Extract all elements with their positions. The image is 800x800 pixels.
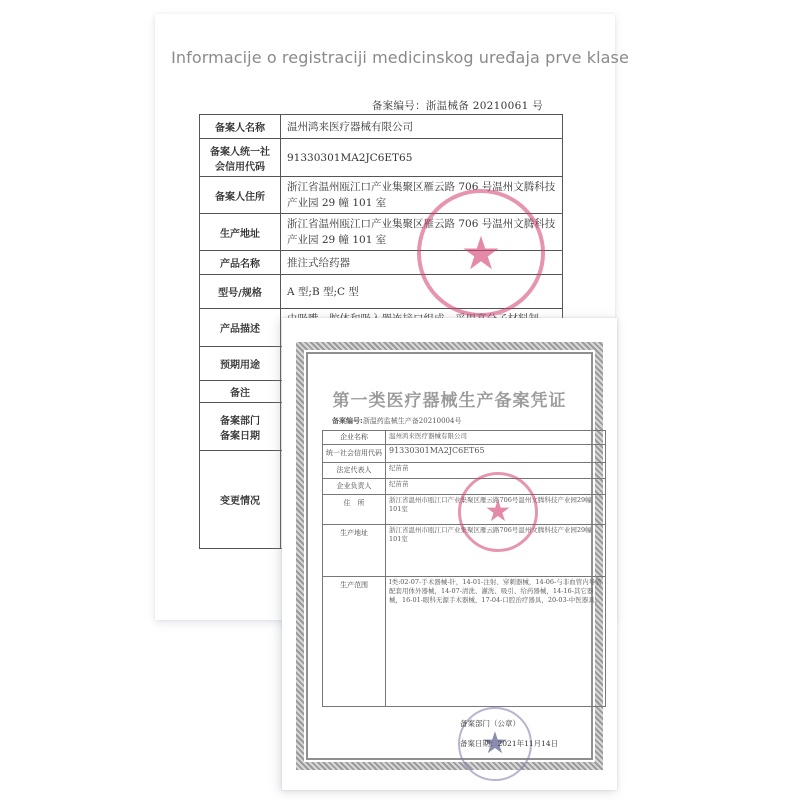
table-row: 备案人统一社会信用代码 91330301MA2JC6ET65 xyxy=(200,139,563,177)
table-row: 生产范围 Ⅰ类:02-07-手术器械-针，14-01-注射、穿刺器械，14-06… xyxy=(323,577,606,707)
page-caption: Informacije o registraciji medicinskog u… xyxy=(0,48,800,67)
row-label: 备案人住所 xyxy=(200,177,281,214)
table-row: 统一社会信用代码 91330301MA2JC6ET65 xyxy=(323,445,606,463)
row-label: 备案人统一社会信用代码 xyxy=(200,139,281,177)
table-row: 住 所 浙江省温州市瓯江口产业集聚区雁云路706号温州文腾科技产业园29幢101… xyxy=(323,495,606,525)
table-row: 生产地址 浙江省温州瓯江口产业集聚区雁云路 706 号温州文腾科技产业园 29 … xyxy=(200,214,563,251)
record-number: 备案编号：浙温械备 20210061 号 xyxy=(372,98,543,113)
row-value: 浙江省温州市瓯江口产业集聚区雁云路706号温州文腾科技产业园29幢101室 xyxy=(386,525,606,577)
table-row: 型号/规格 A 型;B 型;C 型 xyxy=(200,275,563,309)
certificate-page: 第一类医疗器械生产备案凭证 备案编号:浙温药监械生产备20210004号 企业名… xyxy=(282,318,617,790)
row-label: 生产范围 xyxy=(323,577,386,707)
row-label: 住 所 xyxy=(323,495,386,525)
certificate-date: 备案日期：2021年11月14日 xyxy=(460,738,558,749)
row-value: 纪苗苗 xyxy=(386,463,606,479)
row-value: 温州鸿来医疗器械有限公司 xyxy=(281,115,563,139)
certificate-inner-border: 第一类医疗器械生产备案凭证 备案编号:浙温药监械生产备20210004号 企业名… xyxy=(306,352,593,760)
certificate-department: 备案部门（公章） xyxy=(460,718,520,729)
certificate-table: 企业名称 温州鸿来医疗器械有限公司 统一社会信用代码 91330301MA2JC… xyxy=(322,430,606,707)
row-value: 纪苗苗 xyxy=(386,479,606,495)
row-label: 产品描述 xyxy=(200,309,281,347)
row-label: 备注 xyxy=(200,381,281,403)
row-label: 法定代表人 xyxy=(323,463,386,479)
row-value: 91330301MA2JC6ET65 xyxy=(281,139,563,177)
table-row: 生产地址 浙江省温州市瓯江口产业集聚区雁云路706号温州文腾科技产业园29幢10… xyxy=(323,525,606,577)
row-label: 统一社会信用代码 xyxy=(323,445,386,463)
row-label: 预期用途 xyxy=(200,347,281,381)
row-value: Ⅰ类:02-07-手术器械-针，14-01-注射、穿刺器械，14-06-与非血管… xyxy=(386,577,606,707)
table-row: 法定代表人 纪苗苗 xyxy=(323,463,606,479)
row-label: 生产地址 xyxy=(323,525,386,577)
row-label: 备案人名称 xyxy=(200,115,281,139)
table-row: 产品名称 推注式给药器 xyxy=(200,251,563,275)
certificate-record-number: 备案编号:浙温药监械生产备20210004号 xyxy=(332,416,461,426)
row-value: 浙江省温州市瓯江口产业集聚区雁云路706号温州文腾科技产业园29幢101室 xyxy=(386,495,606,525)
table-row: 备案人名称 温州鸿来医疗器械有限公司 xyxy=(200,115,563,139)
row-label-text: 备案部门 备案日期 xyxy=(219,412,261,442)
row-value: 浙江省温州瓯江口产业集聚区雁云路 706 号温州文腾科技产业园 29 幢 101… xyxy=(281,214,563,251)
row-label: 备案部门 备案日期 xyxy=(200,403,281,451)
row-value: 浙江省温州瓯江口产业集聚区雁云路 706 号温州文腾科技产业园 29 幢 101… xyxy=(281,177,563,214)
table-row: 企业负责人 纪苗苗 xyxy=(323,479,606,495)
record-number-label: 备案编号: xyxy=(332,417,363,425)
table-row: 企业名称 温州鸿来医疗器械有限公司 xyxy=(323,431,606,445)
row-label: 型号/规格 xyxy=(200,275,281,309)
row-label: 企业名称 xyxy=(323,431,386,445)
row-label: 企业负责人 xyxy=(323,479,386,495)
certificate-border: 第一类医疗器械生产备案凭证 备案编号:浙温药监械生产备20210004号 企业名… xyxy=(296,342,603,770)
row-value: A 型;B 型;C 型 xyxy=(281,275,563,309)
row-value: 91330301MA2JC6ET65 xyxy=(386,445,606,463)
record-number-value: 浙温药监械生产备20210004号 xyxy=(363,417,462,425)
row-label: 产品名称 xyxy=(200,251,281,275)
row-label: 变更情况 xyxy=(200,451,281,549)
row-label: 生产地址 xyxy=(200,214,281,251)
table-row: 备案人住所 浙江省温州瓯江口产业集聚区雁云路 706 号温州文腾科技产业园 29… xyxy=(200,177,563,214)
row-value: 推注式给药器 xyxy=(281,251,563,275)
row-value: 温州鸿来医疗器械有限公司 xyxy=(386,431,606,445)
certificate-title: 第一类医疗器械生产备案凭证 xyxy=(308,386,591,411)
